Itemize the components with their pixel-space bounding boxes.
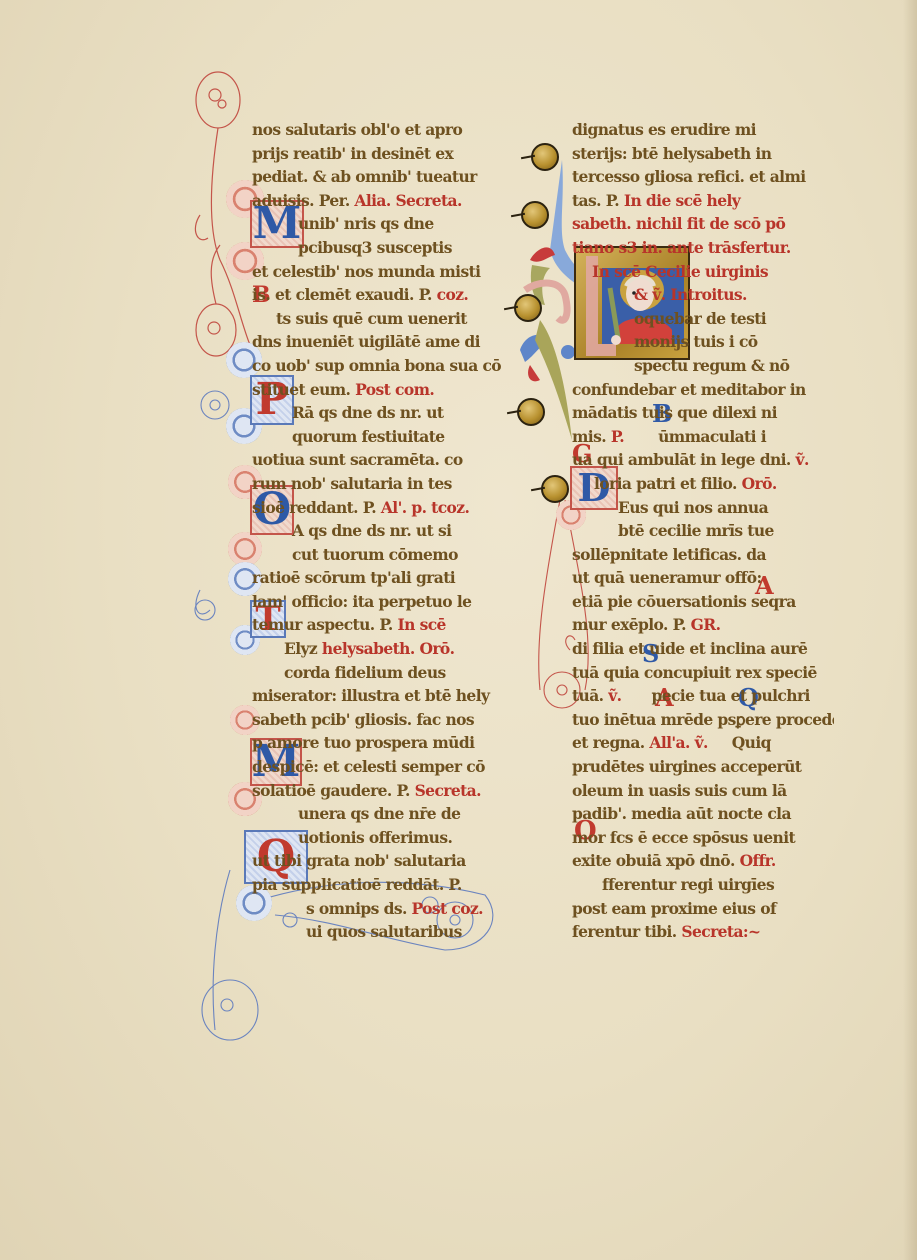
text-line: prijs reatib' in desinēt ex [252, 142, 510, 166]
text-line: aduisis. Per. Alia. Secreta. [252, 189, 510, 213]
text-line: ui quos salutaribus [252, 920, 510, 944]
text-line: tercesso gliosa refici. et almi [572, 165, 834, 189]
text-line: corda fidelium deus [252, 661, 510, 685]
text-line: unera qs dne nr̄e de [252, 802, 510, 826]
text-line: uotiua sunt sacramēta. co [252, 448, 510, 472]
text-line: btē cecilie mrīs tue [572, 519, 834, 543]
left-text-column: nos salutaris obl'o et apro prijs reatib… [252, 118, 510, 944]
text-line: mor fcs ē ecce spōsus uenit [572, 826, 834, 850]
gold-bezant [514, 294, 542, 322]
text-line: mur exēplo. P. GR. [572, 613, 834, 637]
text-line: unib' nris qs dne [252, 212, 510, 236]
text-line: sabeth pcib' gliosis. fac nos [252, 708, 510, 732]
text-line: cut tuorum cōmemo [252, 543, 510, 567]
text-line: padib'. media aūt nocte cla [572, 802, 834, 826]
text-line: oleum in uasis suis cum lā [572, 779, 834, 803]
text-line: lam' officio: ita perpetuo le [252, 590, 510, 614]
text-line: et regna. All'a. ṽ.Quiq [572, 731, 834, 755]
text-line: tiano s3 in. ante trāsfertur. [572, 236, 834, 260]
text-line: ts suis quē cum uenerit [252, 307, 510, 331]
text-line: despicē: et celesti semper cō [252, 755, 510, 779]
text-line: sterijs: btē helysabeth in [572, 142, 834, 166]
text-line: exite obuiā xpō dnō. Offr. [572, 849, 834, 873]
text-line: tas. P. In die scē hely [572, 189, 834, 213]
text-line: p amore tuo prospera mūdi [252, 731, 510, 755]
text-line: sollēpnitate letificas. da [572, 543, 834, 567]
text-line: Rā qs dne ds nr. ut [252, 401, 510, 425]
text-line: ua qui ambulāt in lege dni. ṽ. [572, 448, 834, 472]
text-line: tuā quia concupiuit rex speciē [572, 661, 834, 685]
text-line: et celestib' nos munda misti [252, 260, 510, 284]
text-line: quorum festiuitate [252, 425, 510, 449]
text-line: monijs tuis i cō [572, 330, 834, 354]
text-line: pia supplicatioē reddāt. P. [252, 873, 510, 897]
text-line: temur aspectu. P. In scē [252, 613, 510, 637]
text-line: s omnips ds. Post coz. [252, 897, 510, 921]
text-line: Elyz helysabeth. Orō. [252, 637, 510, 661]
text-line: mādatis tuis que dilexi ni [572, 401, 834, 425]
text-line: sioē reddant. P. Al'. p. tcoz. [252, 496, 510, 520]
text-line: tuā. ṽ.pecie tua et pulchri [572, 684, 834, 708]
text-line: post eam proxime eius of [572, 897, 834, 921]
text-line: spectu regum & nō [572, 354, 834, 378]
text-line: ut tibi grata nob' salutaria [252, 849, 510, 873]
text-line: fferentur regi uirgīes [572, 873, 834, 897]
text-line: solatioē gaudere. P. Secreta. [252, 779, 510, 803]
text-line: miserator: illustra et btē hely [252, 684, 510, 708]
text-line: uotionis offerimus. [252, 826, 510, 850]
text-line: dns inueniēt uigilātē ame di [252, 330, 510, 354]
text-line: tuo inētua mrēde psꝑere procede [572, 708, 834, 732]
text-line: co uob' sup omnia bona sua cō [252, 354, 510, 378]
text-line: pcibusq3 susceptis [252, 236, 510, 260]
text-line: ut quā ueneramur offō: [572, 566, 834, 590]
text-line: oquebar de testi [572, 307, 834, 331]
text-line: ratioē scōrum tp'ali grati [252, 566, 510, 590]
text-line: is. et clemēt exaudi. P. coz. [252, 283, 510, 307]
right-text-column: dignatus es erudire mi sterijs: btē hely… [572, 118, 834, 944]
text-line: sabeth. nichil fit de scō pō [572, 212, 834, 236]
gold-bezant [521, 201, 549, 229]
text-line: etiā pie cōuersationis seqra [572, 590, 834, 614]
text-line: di filia et uide et inclina aurē [572, 637, 834, 661]
gold-bezant [541, 475, 569, 503]
text-line: mis. P.ūmmaculati i [572, 425, 834, 449]
text-line: prudētes uirgines acceperūt [572, 755, 834, 779]
text-line: rum nob' salutaria in tes [252, 472, 510, 496]
text-line: & ṽ. Introitus. [572, 283, 834, 307]
text-line: nos salutaris obl'o et apro [252, 118, 510, 142]
text-line: In scē Cecilie uirginis [572, 260, 834, 284]
text-line: pediat. & ab omnib' tueatur [252, 165, 510, 189]
text-line: A qs dne ds nr. ut si [252, 519, 510, 543]
gold-bezant [517, 398, 545, 426]
text-line: Eus qui nos annua [572, 496, 834, 520]
text-line: confundebar et meditabor in [572, 378, 834, 402]
page-edge-shadow [903, 0, 917, 1260]
text-line: stituet eum. Post com. [252, 378, 510, 402]
gold-bezant [531, 143, 559, 171]
text-line: dignatus es erudire mi [572, 118, 834, 142]
text-line: loria patri et filio. Orō. [572, 472, 834, 496]
text-line: ferentur tibi. Secreta:~ [572, 920, 834, 944]
